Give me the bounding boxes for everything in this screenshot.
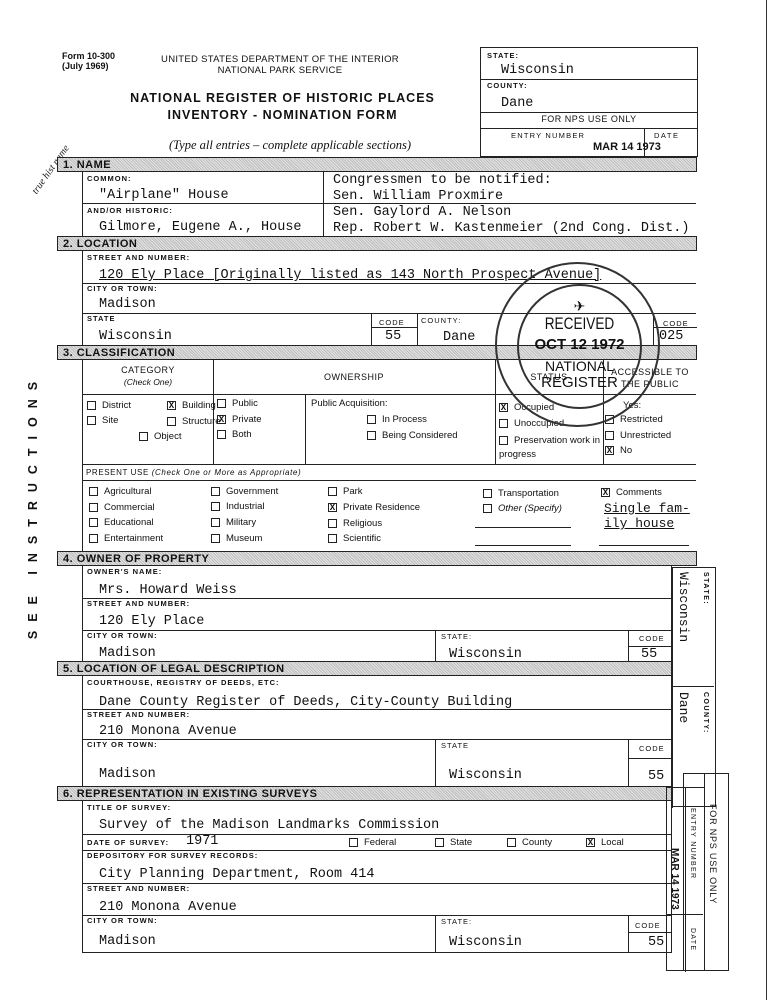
checkbox-educational[interactable] bbox=[89, 518, 98, 527]
congressman-3: Rep. Robert W. Kastenmeier (2nd Cong. Di… bbox=[333, 221, 689, 237]
agency-block: UNITED STATES DEPARTMENT OF THE INTERIOR… bbox=[150, 54, 410, 76]
state-code-label: CODE bbox=[379, 318, 405, 327]
checkbox-structure[interactable] bbox=[167, 417, 176, 426]
use-other[interactable]: Other (Specify) bbox=[483, 503, 562, 514]
owner-code-label: CODE bbox=[639, 634, 665, 643]
county-value[interactable]: Dane bbox=[443, 330, 475, 345]
other-line-2[interactable] bbox=[475, 545, 571, 546]
section-5-body: COURTHOUSE, REGISTRY OF DEEDS, ETC: Dane… bbox=[82, 675, 672, 787]
side-county-label: COUNTY: bbox=[702, 692, 709, 734]
page-edge bbox=[766, 0, 767, 1000]
congressman-1: Sen. William Proxmire bbox=[333, 189, 689, 205]
nps-county-label: COUNTY: bbox=[487, 81, 528, 90]
checkbox-both[interactable] bbox=[217, 430, 226, 439]
use-entertainment[interactable]: Entertainment bbox=[89, 533, 163, 544]
nps-use-only: FOR NPS USE ONLY bbox=[481, 114, 697, 124]
side-county-value[interactable]: Dane bbox=[676, 692, 691, 723]
survey-title-value[interactable]: Survey of the Madison Landmarks Commissi… bbox=[99, 818, 439, 833]
legal-street-label: STREET AND NUMBER: bbox=[87, 710, 190, 719]
ownership-both[interactable]: Both bbox=[217, 429, 252, 440]
category-object[interactable]: Object bbox=[139, 431, 181, 442]
survey-street-label: STREET AND NUMBER: bbox=[87, 884, 190, 893]
legal-state-value[interactable]: Wisconsin bbox=[449, 768, 522, 783]
date-stamp: MAR 14 1973 bbox=[593, 141, 661, 153]
stamp-plane-icon: ✈ bbox=[497, 298, 662, 315]
checkbox-unrestricted[interactable] bbox=[605, 431, 614, 440]
level-local[interactable]: XLocal bbox=[586, 837, 624, 848]
owner-street-label: STREET AND NUMBER: bbox=[87, 599, 190, 608]
checkbox-being-considered[interactable] bbox=[367, 431, 376, 440]
category-sub: (Check One) bbox=[83, 377, 213, 387]
use-religious[interactable]: Religious bbox=[328, 518, 382, 529]
checkbox-agricultural[interactable] bbox=[89, 487, 98, 496]
common-value[interactable]: "Airplane" House bbox=[99, 188, 229, 203]
level-federal[interactable]: Federal bbox=[349, 837, 396, 848]
side-date-stamp: MAR 14 1973 bbox=[669, 848, 680, 910]
checkbox-government[interactable] bbox=[211, 487, 220, 496]
section-1-header: 1. NAME bbox=[57, 157, 697, 172]
use-transportation[interactable]: Transportation bbox=[483, 488, 559, 499]
side-nps-entry-date: ENTRY NUMBER DATE MAR 14 1973 bbox=[666, 787, 704, 971]
category-site[interactable]: Site bbox=[87, 415, 118, 426]
owner-city-value[interactable]: Madison bbox=[99, 646, 156, 661]
form-date: (July 1969) bbox=[62, 61, 115, 71]
owner-code-value[interactable]: 55 bbox=[641, 647, 657, 662]
nps-state-value[interactable]: Wisconsin bbox=[501, 63, 574, 78]
acquisition-being-considered[interactable]: Being Considered bbox=[367, 430, 458, 441]
side-entry-label: ENTRY NUMBER bbox=[689, 808, 696, 879]
owner-state-label: STATE: bbox=[441, 632, 472, 641]
checkbox-transportation[interactable] bbox=[483, 489, 492, 498]
congressman-2: Sen. Gaylord A. Nelson bbox=[333, 205, 689, 221]
survey-state-value[interactable]: Wisconsin bbox=[449, 935, 522, 950]
checkbox-unoccupied[interactable] bbox=[499, 419, 508, 428]
side-nps-title: FOR NPS USE ONLY bbox=[708, 804, 718, 904]
service: NATIONAL PARK SERVICE bbox=[150, 65, 410, 76]
side-location-strip: Wisconsin STATE: Dane COUNTY: bbox=[672, 567, 716, 807]
checkbox-in-process[interactable] bbox=[367, 415, 376, 424]
use-scientific[interactable]: Scientific bbox=[328, 533, 381, 544]
use-educational[interactable]: Educational bbox=[89, 517, 154, 528]
survey-date-value[interactable]: 1971 bbox=[186, 834, 218, 849]
checkbox-private[interactable]: X bbox=[217, 415, 226, 424]
checkbox-entertainment[interactable] bbox=[89, 534, 98, 543]
ownership-private[interactable]: XPrivate bbox=[217, 414, 262, 425]
checkbox-comments[interactable]: X bbox=[601, 488, 610, 497]
section-6-header: 6. REPRESENTATION IN EXISTING SURVEYS bbox=[57, 786, 672, 801]
state-code[interactable]: 55 bbox=[385, 329, 401, 344]
legal-code-label: CODE bbox=[639, 744, 665, 753]
section-4-body: OWNER'S NAME: Mrs. Howard Weiss STREET A… bbox=[82, 565, 672, 662]
checkbox-county[interactable] bbox=[507, 838, 516, 847]
level-state[interactable]: State bbox=[435, 837, 472, 848]
county-label: COUNTY: bbox=[421, 316, 461, 325]
checkbox-district[interactable] bbox=[87, 401, 96, 410]
use-private-residence[interactable]: XPrivate Residence bbox=[328, 502, 420, 513]
comments-value[interactable]: Single fam- ily house bbox=[604, 501, 690, 531]
checkbox-federal[interactable] bbox=[349, 838, 358, 847]
survey-title-label: TITLE OF SURVEY: bbox=[87, 803, 171, 812]
common-label: COMMON: bbox=[87, 174, 132, 183]
category-structure[interactable]: Structure bbox=[167, 416, 221, 427]
form-number-block: Form 10-300 (July 1969) bbox=[62, 51, 115, 71]
checkbox-park[interactable] bbox=[328, 487, 337, 496]
entry-number-label: ENTRY NUMBER bbox=[511, 131, 585, 140]
checkbox-object[interactable] bbox=[139, 432, 148, 441]
section-2-header: 2. LOCATION bbox=[57, 236, 697, 251]
accessible-unrestricted[interactable]: Unrestricted bbox=[605, 430, 671, 441]
acquisition-in-process[interactable]: In Process bbox=[367, 414, 427, 425]
section-6-body: TITLE OF SURVEY: Survey of the Madison L… bbox=[82, 800, 672, 953]
use-military[interactable]: Military bbox=[211, 517, 256, 528]
checkbox-state[interactable] bbox=[435, 838, 444, 847]
city-label: CITY OR TOWN: bbox=[87, 284, 158, 293]
side-state-label: STATE: bbox=[702, 572, 709, 605]
checkbox-scientific[interactable] bbox=[328, 534, 337, 543]
stamp-received: RECEIVED bbox=[514, 314, 646, 334]
legal-street-value[interactable]: 210 Monona Avenue bbox=[99, 724, 237, 739]
instructions: (Type all entries – complete applicable … bbox=[140, 138, 440, 153]
use-industrial[interactable]: Industrial bbox=[211, 501, 265, 512]
side-state-value[interactable]: Wisconsin bbox=[676, 572, 691, 642]
stamp-national: NATIONAL bbox=[497, 358, 662, 374]
use-park[interactable]: Park bbox=[328, 486, 363, 497]
date-label: DATE bbox=[654, 131, 679, 140]
form-title-line1: NATIONAL REGISTER OF HISTORIC PLACES bbox=[125, 90, 440, 107]
checkbox-private-residence[interactable]: X bbox=[328, 503, 337, 512]
state-label: STATE bbox=[87, 314, 115, 323]
legal-state-label: STATE bbox=[441, 741, 469, 750]
owner-city-label: CITY OR TOWN: bbox=[87, 631, 158, 640]
city-value[interactable]: Madison bbox=[99, 297, 156, 312]
nps-county-value[interactable]: Dane bbox=[501, 96, 533, 111]
nps-state-label: STATE: bbox=[487, 51, 519, 60]
accessible-no[interactable]: XNo bbox=[605, 445, 632, 456]
depository-label: DEPOSITORY FOR SURVEY RECORDS: bbox=[87, 851, 258, 860]
received-stamp: ✈ RECEIVED OCT 12 1972 NATIONAL REGISTER bbox=[495, 262, 660, 427]
department: UNITED STATES DEPARTMENT OF THE INTERIOR bbox=[150, 54, 410, 65]
courthouse-label: COURTHOUSE, REGISTRY OF DEEDS, ETC: bbox=[87, 678, 280, 687]
ownership-public[interactable]: Public bbox=[217, 398, 258, 409]
historic-value[interactable]: Gilmore, Eugene A., House bbox=[99, 220, 302, 235]
congressmen-block: Congressmen to be notified: Sen. William… bbox=[333, 173, 689, 237]
checkbox-preservation[interactable] bbox=[499, 436, 508, 445]
checkbox-industrial[interactable] bbox=[211, 502, 220, 511]
ownership-title: OWNERSHIP bbox=[213, 372, 495, 382]
checkbox-commercial[interactable] bbox=[89, 503, 98, 512]
level-county[interactable]: County bbox=[507, 837, 552, 848]
street-label: STREET AND NUMBER: bbox=[87, 253, 190, 262]
section-1-body: COMMON: "Airplane" House AND/OR HISTORIC… bbox=[82, 171, 697, 237]
use-commercial[interactable]: Commercial bbox=[89, 502, 155, 513]
use-agricultural[interactable]: Agricultural bbox=[89, 486, 152, 497]
status-preservation[interactable]: Preservation work in progress bbox=[499, 434, 603, 462]
form-number: Form 10-300 bbox=[62, 51, 115, 61]
checkbox-site[interactable] bbox=[87, 416, 96, 425]
form-title: NATIONAL REGISTER OF HISTORIC PLACES INV… bbox=[125, 90, 440, 124]
present-use-sub: (Check One or More as Appropriate) bbox=[152, 468, 302, 477]
legal-code-value[interactable]: 55 bbox=[648, 769, 664, 784]
survey-date-label: DATE OF SURVEY: bbox=[87, 838, 169, 847]
checkbox-museum[interactable] bbox=[211, 534, 220, 543]
category-title: CATEGORY bbox=[83, 365, 213, 375]
form-title-line2: INVENTORY - NOMINATION FORM bbox=[125, 107, 440, 124]
legal-city-value[interactable]: Madison bbox=[99, 767, 156, 782]
depository-value[interactable]: City Planning Department, Room 414 bbox=[99, 867, 374, 882]
other-line-1[interactable] bbox=[475, 527, 571, 528]
owner-label: OWNER'S NAME: bbox=[87, 567, 162, 576]
historic-label: AND/OR HISTORIC: bbox=[87, 206, 173, 215]
county-code-label: CODE bbox=[663, 319, 689, 328]
checkbox-building[interactable]: X bbox=[167, 401, 176, 410]
courthouse-value[interactable]: Dane County Register of Deeds, City-Coun… bbox=[99, 695, 512, 710]
county-code[interactable]: 025 bbox=[659, 329, 683, 344]
stamp-date: OCT 12 1972 bbox=[497, 336, 662, 353]
owner-state-value[interactable]: Wisconsin bbox=[449, 647, 522, 662]
category-building[interactable]: XBuilding bbox=[167, 400, 216, 411]
checkbox-public[interactable] bbox=[217, 399, 226, 408]
see-instructions: SEE INSTRUCTIONS bbox=[26, 366, 42, 646]
survey-street-value[interactable]: 210 Monona Avenue bbox=[99, 900, 237, 915]
owner-street-value[interactable]: 120 Ely Place bbox=[99, 614, 204, 629]
survey-state-label: STATE: bbox=[441, 917, 472, 926]
congressmen-heading: Congressmen to be notified: bbox=[333, 173, 689, 189]
checkbox-no[interactable]: X bbox=[605, 446, 614, 455]
survey-city-value[interactable]: Madison bbox=[99, 934, 156, 949]
category-district[interactable]: District bbox=[87, 400, 131, 411]
side-date-label: DATE bbox=[689, 928, 696, 951]
state-value[interactable]: Wisconsin bbox=[99, 329, 172, 344]
checkbox-other[interactable] bbox=[483, 504, 492, 513]
section-4-header: 4. OWNER OF PROPERTY bbox=[57, 551, 697, 566]
use-museum[interactable]: Museum bbox=[211, 533, 262, 544]
checkbox-local[interactable]: X bbox=[586, 838, 595, 847]
stamp-register: REGISTER bbox=[497, 374, 662, 391]
survey-city-label: CITY OR TOWN: bbox=[87, 916, 158, 925]
section-5-header: 5. LOCATION OF LEGAL DESCRIPTION bbox=[57, 661, 672, 676]
checkbox-religious[interactable] bbox=[328, 519, 337, 528]
checkbox-occupied[interactable]: X bbox=[499, 403, 508, 412]
owner-value[interactable]: Mrs. Howard Weiss bbox=[99, 583, 237, 598]
nps-box: STATE: Wisconsin COUNTY: Dane FOR NPS US… bbox=[480, 47, 698, 157]
survey-code-label: CODE bbox=[635, 921, 661, 930]
use-comments[interactable]: XComments bbox=[601, 487, 662, 498]
survey-code-value[interactable]: 55 bbox=[648, 935, 664, 950]
use-government[interactable]: Government bbox=[211, 486, 278, 497]
checkbox-military[interactable] bbox=[211, 518, 220, 527]
acquisition-title: Public Acquisition: bbox=[311, 398, 388, 409]
legal-city-label: CITY OR TOWN: bbox=[87, 740, 158, 749]
present-use-label: PRESENT USE (Check One or More as Approp… bbox=[86, 468, 301, 477]
